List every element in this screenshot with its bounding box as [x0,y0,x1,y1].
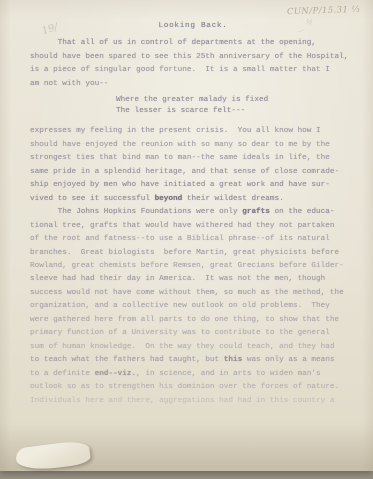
typed-line: to a definite end--viz., in science, and… [30,368,356,381]
quote-block: Where the greater malady is fixedThe les… [116,95,356,116]
typed-line: sum of human knowledge. On the way they … [30,341,356,354]
typed-line: sleeve had had their day in America. It … [30,273,356,286]
typed-line: The lesser is scarce felt--- [116,106,356,117]
typed-line: primary function of a University was to … [30,327,356,340]
typed-line: That all of us in control of departments… [30,37,356,50]
typed-line: strongest ties that bind man to man--the… [30,152,356,165]
typed-line: am not with you-- [30,78,356,91]
typed-line: should have been spared to see this 25th… [30,51,356,64]
para-block: The Johns Hopkins Foundations were only … [30,206,356,408]
typed-line: The Johns Hopkins Foundations were only … [30,206,356,219]
typed-line: were gathered here from all parts to do … [30,314,356,327]
typed-line: Individuals here and there, aggregations… [30,395,356,408]
typed-line: ship enjoyed by men who have initiated a… [30,179,356,192]
pencil-fraction-mark: ½ [305,17,313,26]
para-block: expresses my feeling in the present cris… [30,125,356,206]
typed-line: expresses my feeling in the present cris… [30,125,356,138]
typed-line: organization, and a collective new outlo… [30,300,356,313]
typed-text: Looking Back. That all of us in control … [30,20,356,408]
typed-line: outlook so as to strengthen his dominion… [30,381,356,394]
typed-line: is a piece of singular good fortune. It … [30,64,356,77]
typed-line: Rowland, great chemists before Remsen, g… [30,260,356,273]
typed-line: vived to see it successful beyond their … [30,193,356,206]
typed-line: branches. Great biologists before Martin… [30,247,356,260]
document-scan: Looking Back. That all of us in control … [0,0,373,479]
typed-line: same pride in a splendid heritage, and t… [30,166,356,179]
typed-line: success would not have come without them… [30,287,356,300]
para-block: That all of us in control of departments… [30,37,356,91]
typed-line: Where the greater malady is fixed [116,95,356,106]
typed-line: should have enjoyed the reunion with so … [30,139,356,152]
typed-line: of the root and fatness--to use a Biblic… [30,233,356,246]
typed-line: to teach what the fathers had taught, bu… [30,354,356,367]
typed-line: tional tree, grafts that would have with… [30,220,356,233]
